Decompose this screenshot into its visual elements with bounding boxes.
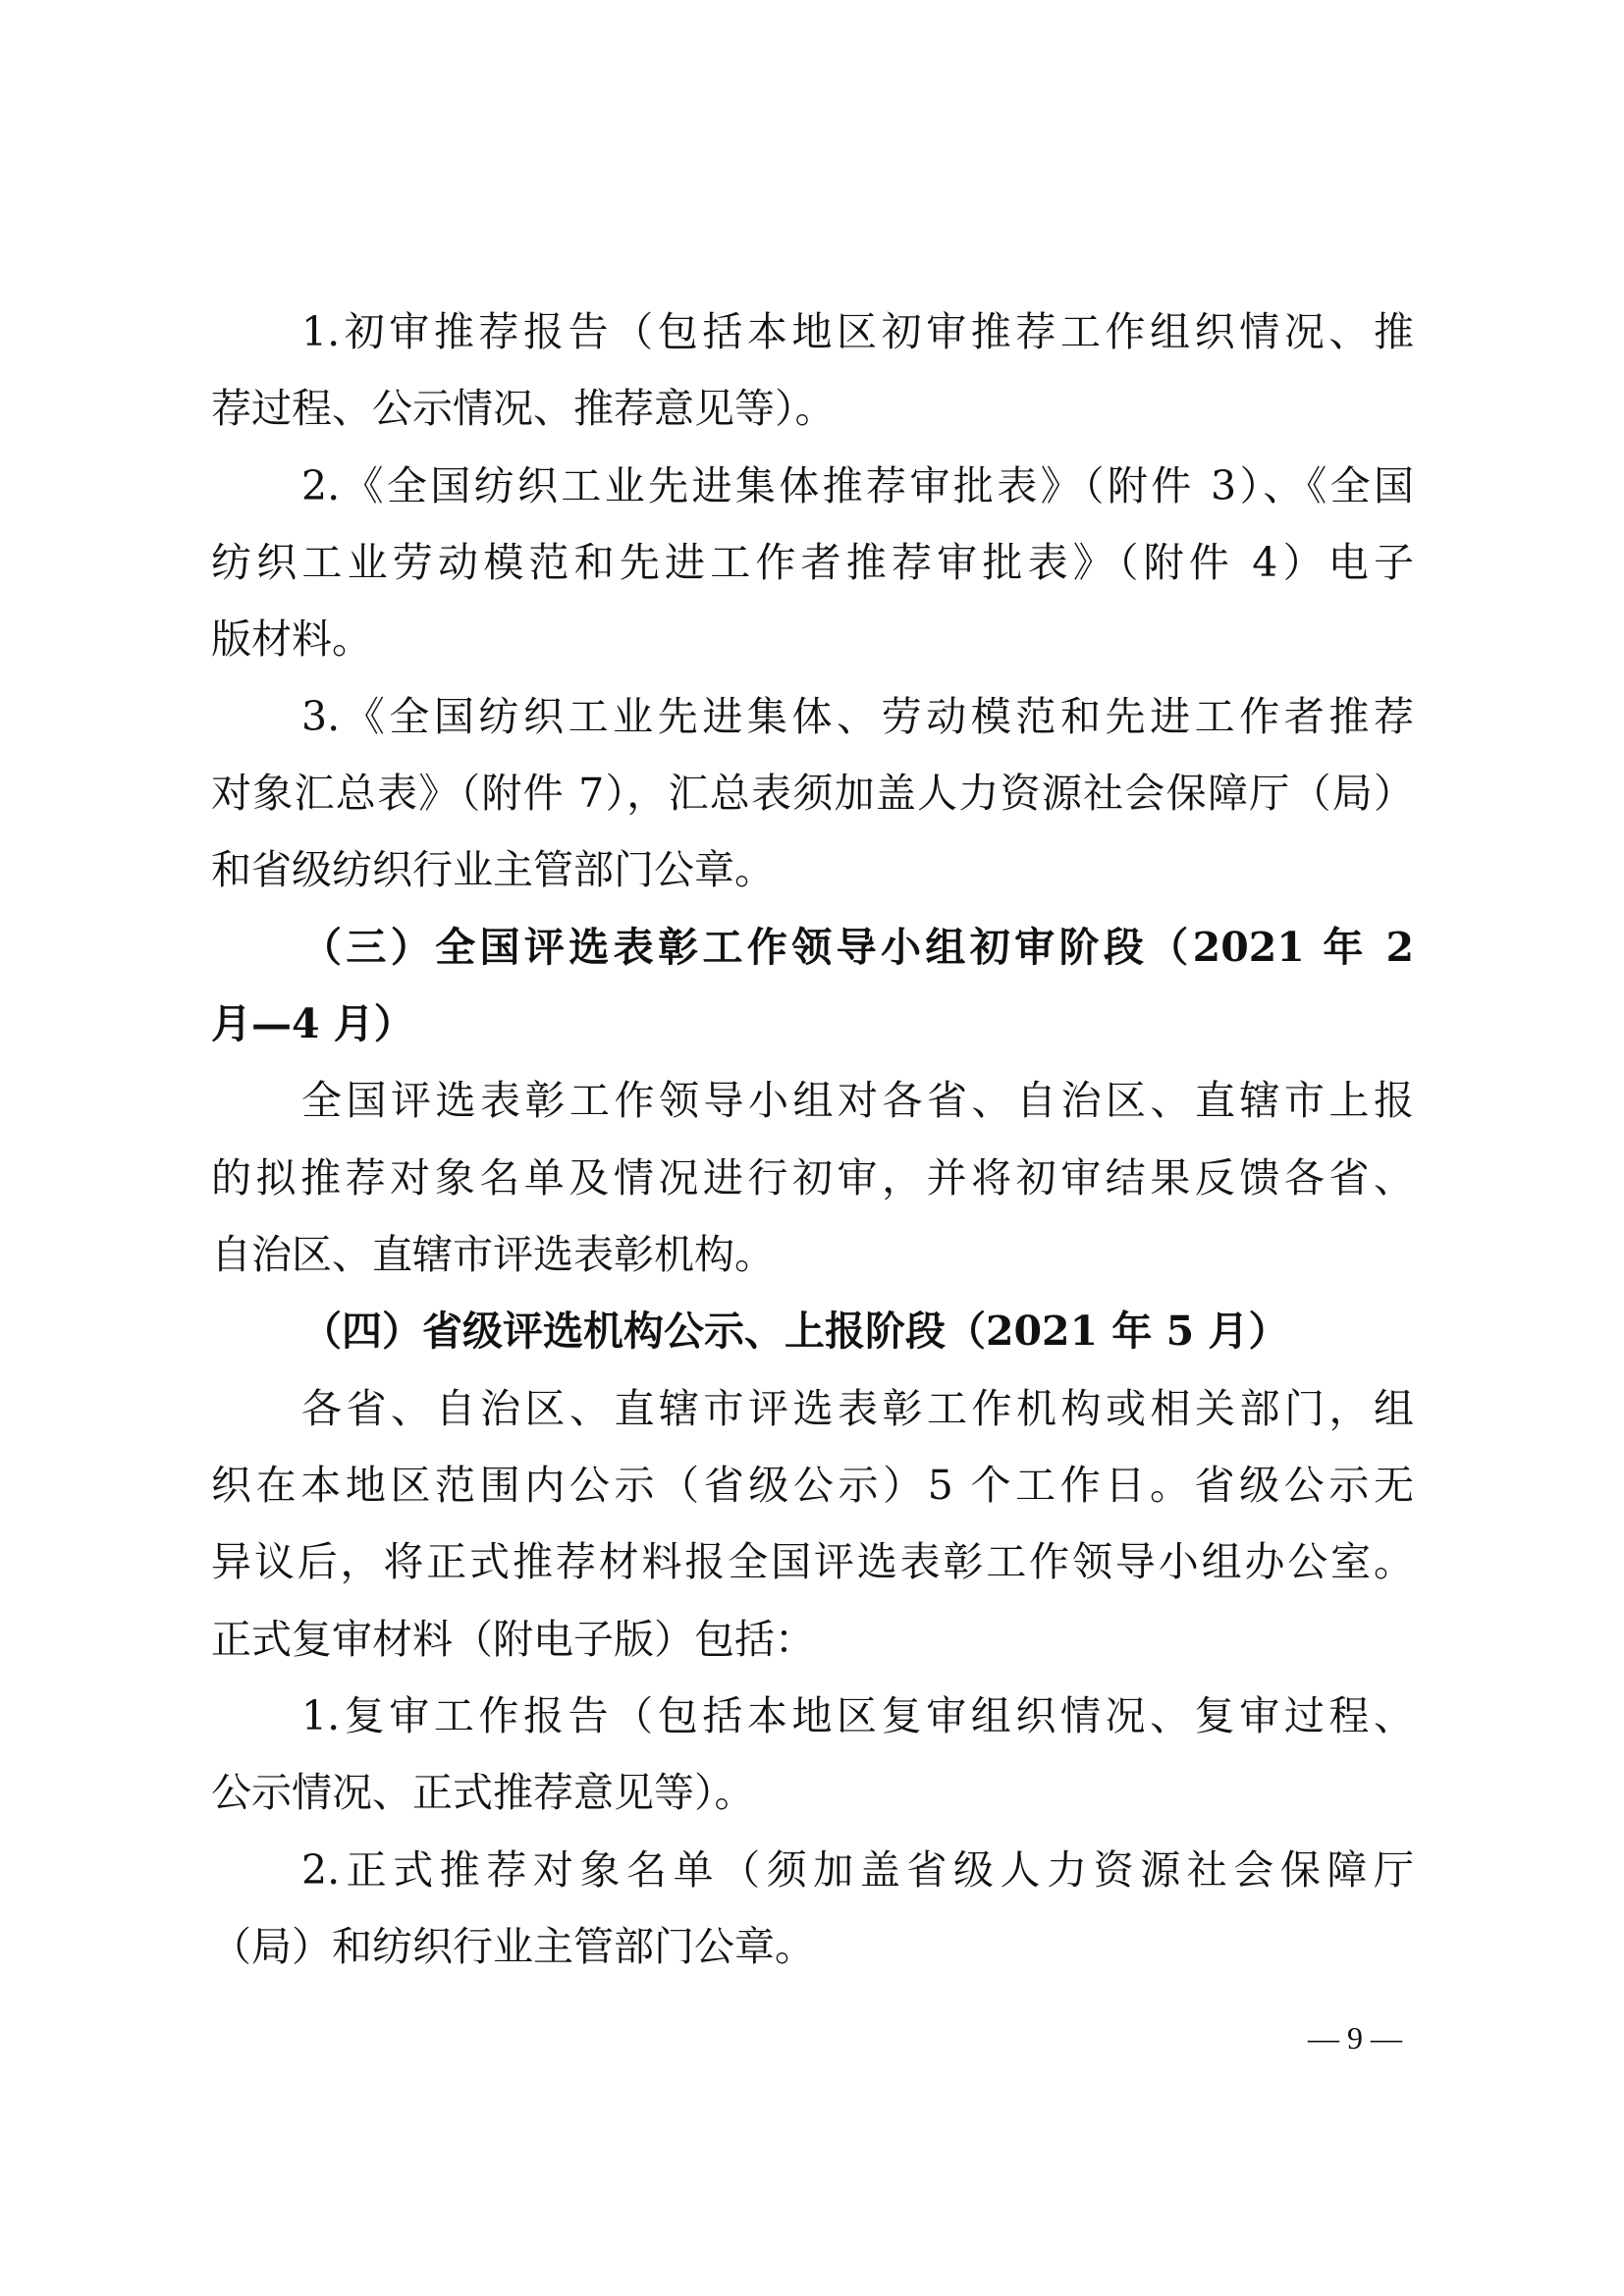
body-line: 的拟推荐对象名单及情况进行初审，并将初审结果反馈各省、 <box>211 1148 1414 1207</box>
item-line: 公示情况、正式推荐意见等）。 <box>211 1763 1414 1822</box>
item-line: 3.《全国纺织工业先进集体、劳动模范和先进工作者推荐 <box>301 687 1414 746</box>
item-line: 1.初审推荐报告（包括本地区初审推荐工作组织情况、推 <box>301 302 1414 361</box>
section-heading: （三）全国评选表彰工作领导小组初审阶段（2021 年 2 <box>301 918 1414 977</box>
item-line: 和省级纺织行业主管部门公章。 <box>211 840 1414 899</box>
body-line: 异议后，将正式推荐材料报全国评选表彰工作领导小组办公室。 <box>211 1532 1414 1591</box>
item-line: 2.正式推荐对象名单（须加盖省级人力资源社会保障厅 <box>301 1841 1414 1899</box>
body-line: 正式复审材料（附电子版）包括： <box>211 1610 1414 1669</box>
body-line: 各省、自治区、直辖市评选表彰工作机构或相关部门，组 <box>301 1379 1414 1438</box>
item-line: 版材料。 <box>211 610 1414 668</box>
item-line: 2.《全国纺织工业先进集体推荐审批表》（附件 3）、《全国 <box>301 456 1414 515</box>
body-line: 自治区、直辖市评选表彰机构。 <box>211 1225 1414 1284</box>
section-heading: （四）省级评选机构公示、上报阶段（2021 年 5 月） <box>301 1302 1414 1361</box>
item-line: 对象汇总表》（附件 7），汇总表须加盖人力资源社会保障厅（局） <box>211 764 1414 823</box>
body-line: 全国评选表彰工作领导小组对各省、自治区、直辖市上报 <box>301 1071 1414 1130</box>
body-line: 织在本地区范围内公示（省级公示）5 个工作日。省级公示无 <box>211 1456 1414 1515</box>
section-heading: 月—4 月） <box>211 994 1414 1053</box>
item-line: 1.复审工作报告（包括本地区复审组织情况、复审过程、 <box>301 1686 1414 1745</box>
document-page: 1.初审推荐报告（包括本地区初审推荐工作组织情况、推 荐过程、公示情况、推荐意见… <box>0 0 1624 2296</box>
page-number: — 9 — <box>1276 2018 1434 2057</box>
item-line: 纺织工业劳动模范和先进工作者推荐审批表》（附件 4）电子 <box>211 533 1414 592</box>
item-line: 荐过程、公示情况、推荐意见等）。 <box>211 379 1414 438</box>
item-line: （局）和纺织行业主管部门公章。 <box>211 1917 1414 1976</box>
